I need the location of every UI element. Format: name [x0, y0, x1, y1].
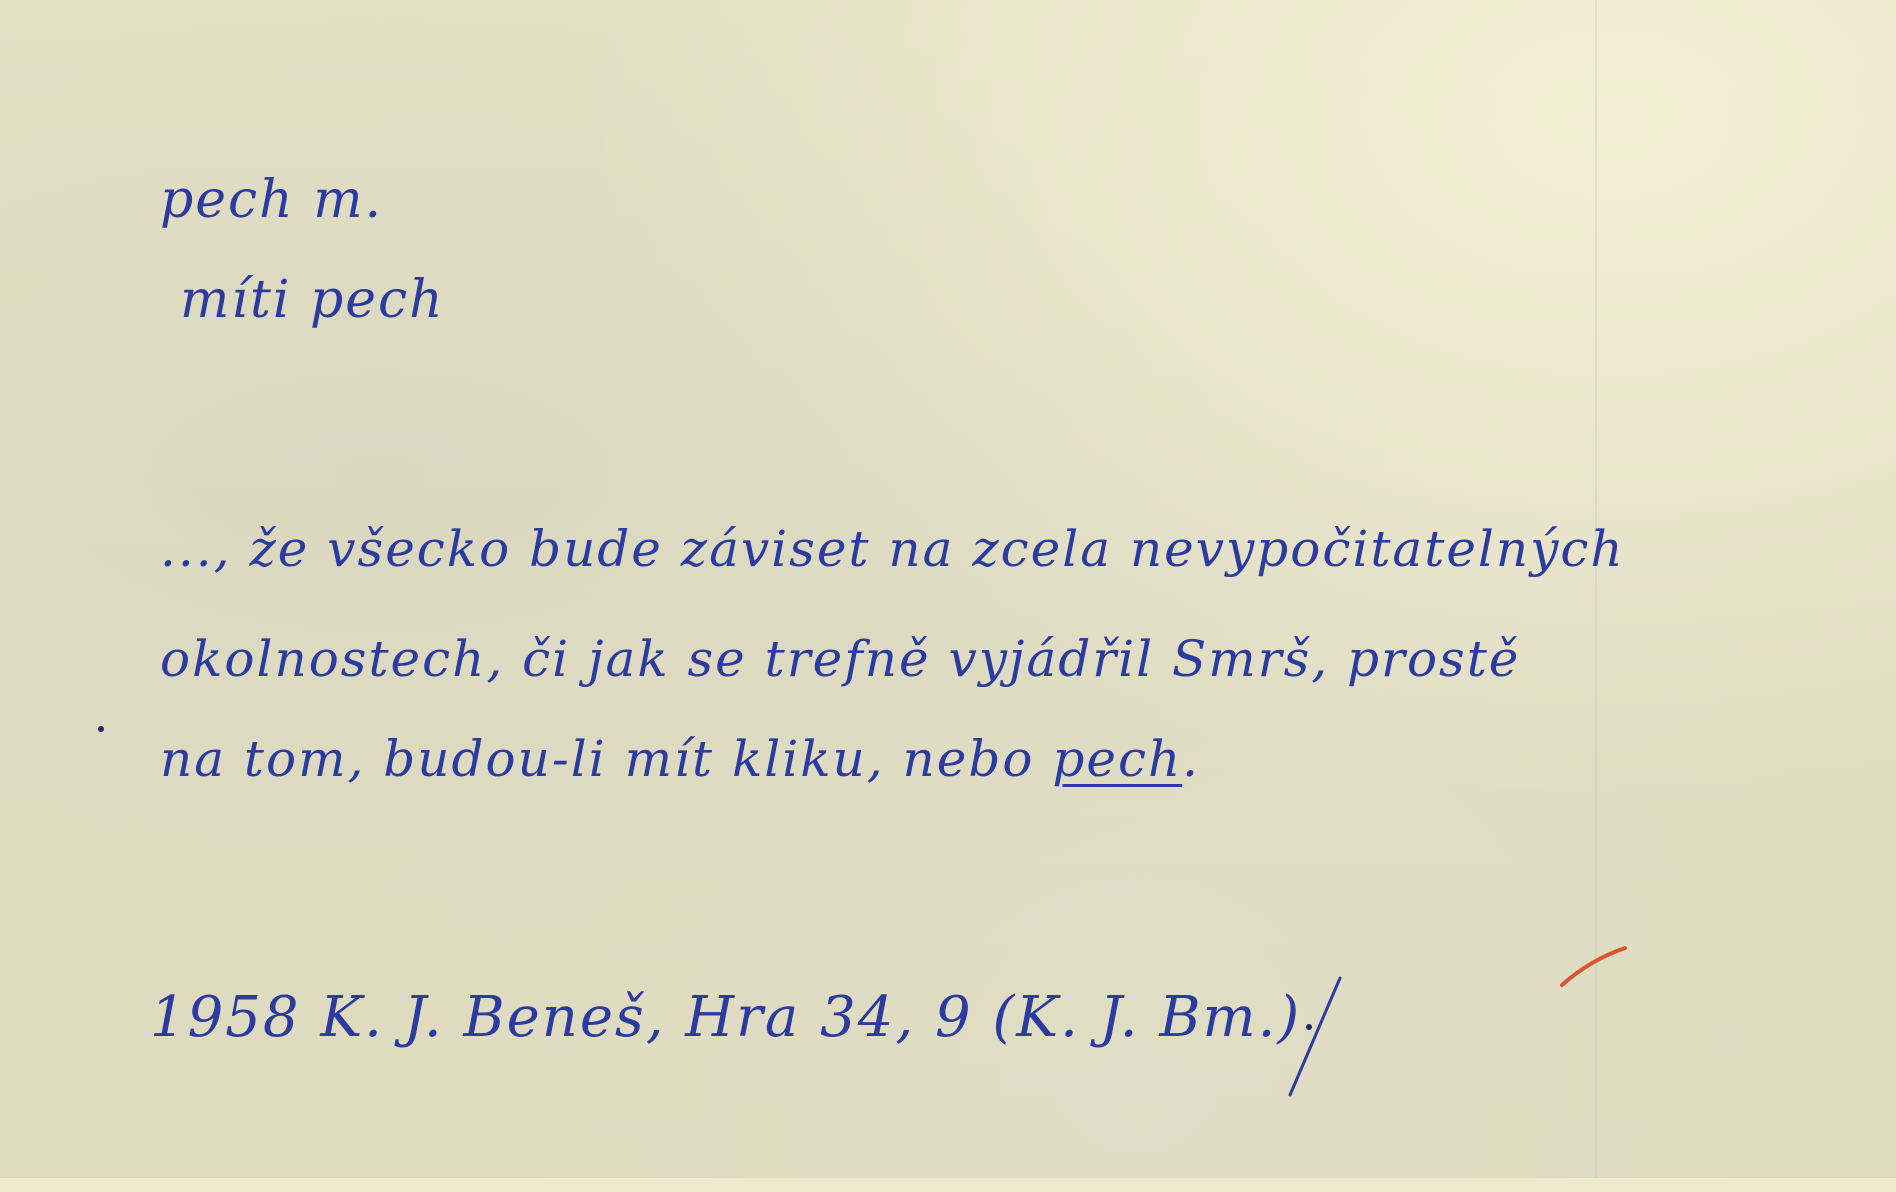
phrase: míti pech: [180, 270, 445, 330]
quote-line-3: na tom, budou-li mít kliku, nebo pech.: [160, 730, 1200, 788]
quote-line-1: ..., že všecko bude záviset na zcela nev…: [160, 520, 1625, 578]
blue-slash-mark-icon: [1285, 975, 1345, 1100]
headword: pech m.: [160, 170, 383, 230]
source-citation: 1958 K. J. Beneš, Hra 34, 9 (K. J. Bm.): [150, 985, 1301, 1050]
paper-fold-line: [1595, 0, 1597, 1192]
underlined-headword: pech: [1052, 730, 1182, 788]
quote-line-3-period: .: [1182, 730, 1200, 788]
quote-line-3-text: na tom, budou-li mít kliku, nebo: [160, 730, 1052, 788]
excerpt-card: pech m. míti pech ..., že všecko bude zá…: [0, 0, 1896, 1192]
ink-dot: [1306, 1024, 1312, 1030]
quote-line-2: okolnostech, či jak se trefně vyjádřil S…: [160, 630, 1520, 688]
red-check-mark-icon: [1560, 945, 1630, 990]
paper-bottom-edge: [0, 1178, 1896, 1192]
ink-dot: [98, 726, 104, 732]
